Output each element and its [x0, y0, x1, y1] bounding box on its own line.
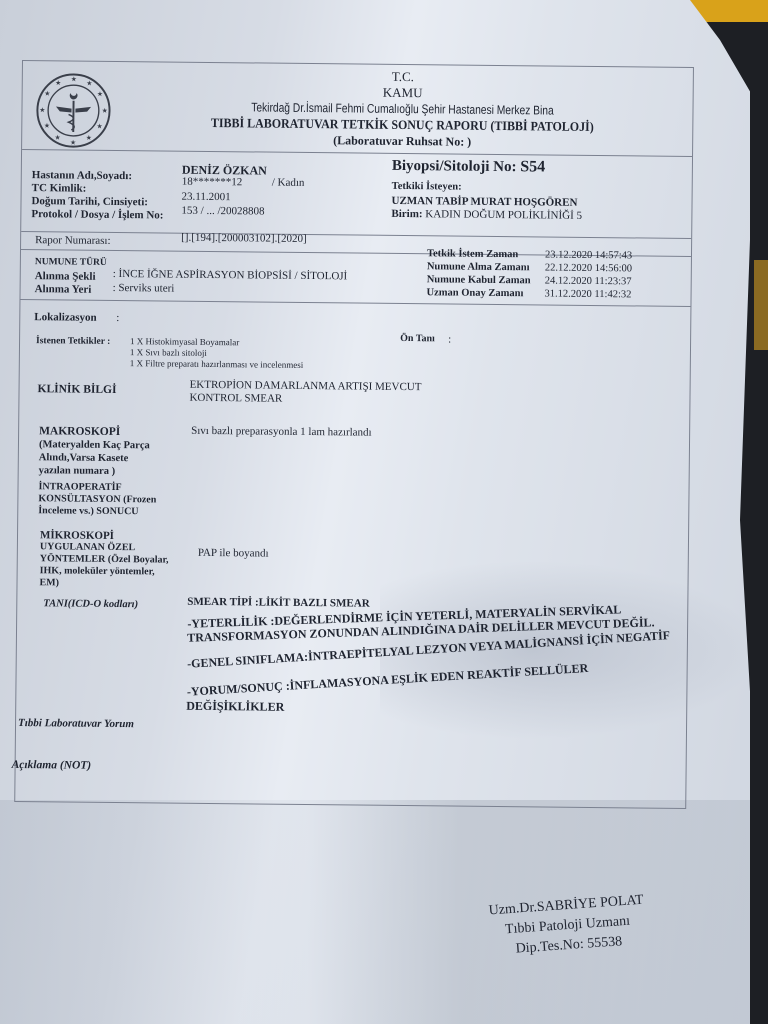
pre-diagnosis-value: : — [448, 333, 451, 345]
patient-name-label: Hastanın Adı,Soyadı: — [32, 169, 132, 182]
localization-value: : — [116, 312, 119, 324]
timestamp-value: 31.12.2020 11:42:32 — [545, 287, 632, 301]
sample-type-label: NUMUNE TÜRÜ — [35, 257, 107, 268]
svg-text:★: ★ — [97, 122, 103, 130]
svg-text:★: ★ — [54, 134, 60, 142]
sample-method: : İNCE İĞNE ASPİRASYON BİOPSİSİ / SİTOLO… — [113, 268, 348, 282]
diagnosis-label: TANI(ICD-O kodları) — [43, 597, 138, 611]
report-number-label: Rapor Numarası: — [35, 234, 111, 247]
macroscopy-value: Sıvı bazlı preparasyonla 1 lam hazırland… — [191, 425, 372, 440]
timestamp-label: Numune Alma Zamanı — [427, 260, 545, 274]
clinical-info-line: KONTROL SMEAR — [189, 392, 421, 407]
intraop-label: İNTRAOPERATİF KONSÜLTASYON (Frozen İncel… — [38, 481, 156, 518]
svg-text:★: ★ — [71, 75, 77, 83]
requester-label: Tetkiki İsteyen: — [392, 181, 462, 193]
biopsy-number: Biyopsi/Sitoloji No: S54 — [392, 157, 545, 177]
svg-text:★: ★ — [44, 122, 50, 130]
divider — [21, 231, 691, 239]
svg-text:★: ★ — [55, 79, 61, 87]
localization-label: Lokalizasyon — [34, 311, 96, 324]
macroscopy-label: MAKROSKOPİ (Materyalden Kaç Parça Alındı… — [39, 425, 150, 478]
svg-text:★: ★ — [86, 79, 92, 87]
unit-label: Birim: — [391, 208, 422, 220]
sample-method-label: Alınma Şekli — [35, 270, 96, 283]
svg-text:★: ★ — [97, 90, 103, 98]
result-line: DEĞİŞİKLİKLER — [186, 699, 670, 718]
tc-label: TC Kimlik: — [32, 182, 87, 195]
timestamp-label: Uzman Onay Zamanı — [427, 286, 545, 300]
signature-block: Uzm.Dr.SABRİYE POLAT Tıbbi Patoloji Uzma… — [488, 891, 647, 962]
clinical-info-label: KLİNİK BİLGİ — [37, 383, 116, 397]
gender: / Kadın — [272, 177, 305, 189]
svg-text:★: ★ — [44, 90, 50, 98]
sample-site-label: Alınma Yeri — [35, 283, 92, 296]
timestamp-value: 24.12.2020 11:23:37 — [545, 274, 632, 288]
pre-diagnosis-label: Ön Tanı — [400, 333, 435, 344]
label-line: İnceleme vs.) SONUCU — [38, 505, 156, 518]
tc-number: 18*******12 — [182, 176, 243, 189]
svg-text:★: ★ — [86, 134, 92, 142]
svg-text:★: ★ — [39, 106, 45, 114]
date-of-birth: 23.11.2001 — [182, 191, 231, 204]
biopsy-label: Biyopsi/Sitoloji No: — [392, 158, 517, 175]
ministry-of-health-logo-icon: ★★★ ★★★ ★★★ ★★★ — [34, 71, 113, 150]
report-paper: ★★★ ★★★ ★★★ ★★★ T.C. KAMU Tekirdağ Dr.İs… — [0, 0, 750, 1024]
timestamps: Tetkik İstem Zaman23.12.2020 14:57:43 Nu… — [427, 247, 633, 301]
svg-text:★: ★ — [102, 107, 108, 115]
requested-tests-label: İstenen Tetkikler : — [36, 336, 110, 347]
microscopy-value: PAP ile boyandı — [198, 547, 269, 561]
label-line: yazılan numara ) — [39, 464, 150, 478]
timestamp-value: 23.12.2020 14:57:43 — [545, 248, 632, 262]
protocol-number: 153 / ... /20028808 — [181, 205, 264, 218]
note-label: Açıklama (NOT) — [12, 759, 92, 773]
diagnosis-text: SMEAR TİPİ :LİKİT BAZLI SMEAR -YETERLİLİ… — [186, 595, 671, 718]
svg-text:★: ★ — [70, 139, 76, 147]
lab-comment-label: Tıbbi Laboratuvar Yorum — [18, 717, 134, 731]
report-number: [].[194].[200003102].[2020] — [181, 232, 307, 245]
report-header: T.C. KAMU Tekirdağ Dr.İsmail Fehmi Cumal… — [112, 62, 693, 152]
clinical-info: EKTROPİON DAMARLANMA ARTIŞI MEVCUT KONTR… — [189, 379, 421, 407]
background-object — [754, 260, 768, 350]
dob-label: Doğum Tarihi, Cinsiyeti: — [31, 195, 148, 208]
requested-tests-list: 1 X Histokimyasal Boyamalar 1 X Sıvı baz… — [130, 336, 304, 371]
requester-name: UZMAN TABİP MURAT HOŞGÖREN — [391, 195, 577, 209]
timestamp-label: Numune Kabul Zaman — [427, 273, 545, 287]
sample-site: : Serviks uteri — [113, 282, 175, 295]
timestamp-label: Tetkik İstem Zaman — [427, 247, 545, 261]
timestamp-value: 22.12.2020 14:56:00 — [545, 261, 632, 275]
requested-test-item: 1 X Filtre preparatı hazırlanması ve inc… — [130, 358, 304, 371]
protocol-label: Protokol / Dosya / İşlem No: — [31, 208, 163, 221]
unit-value: KADIN DOĞUM POLİKLİNİĞİ 5 — [425, 208, 582, 222]
report-frame: ★★★ ★★★ ★★★ ★★★ T.C. KAMU Tekirdağ Dr.İs… — [14, 60, 694, 809]
label-line: Alındı,Varsa Kasete — [39, 451, 150, 465]
timestamp-row: Uzman Onay Zamanı31.12.2020 11:42:32 — [427, 286, 632, 301]
unit: Birim: KADIN DOĞUM POLİKLİNİĞİ 5 — [391, 208, 582, 222]
microscopy-label: MİKROSKOPİ UYGULANAN ÖZEL YÖNTEMLER (Öze… — [39, 529, 168, 590]
label-line: EM) — [39, 577, 168, 590]
biopsy-value: S54 — [520, 158, 545, 175]
label-line: (Materyalden Kaç Parça — [39, 438, 150, 452]
label-line: MAKROSKOPİ — [39, 425, 150, 439]
